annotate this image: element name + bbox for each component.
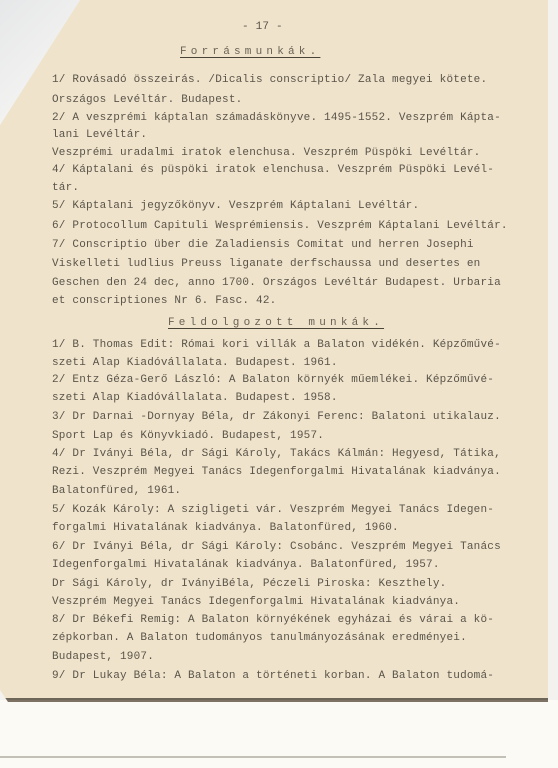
text-line: Geschen den 24 dec, anno 1700. Országos …: [52, 276, 501, 290]
text-line: Budapest, 1907.: [52, 650, 154, 664]
text-line: Balatonfüred, 1961.: [52, 484, 181, 498]
section-heading-sources: Forrásmunkák.: [180, 45, 320, 59]
text-line: Országos Levéltár. Budapest.: [52, 93, 242, 107]
text-line: 5/ Kozák Károly: A szigligeti vár. Veszp…: [52, 503, 494, 517]
text-line: 9/ Dr Lukay Béla: A Balaton a történeti …: [52, 669, 494, 683]
sheet-edge-shadow: [0, 756, 506, 758]
text-line: 2/ A veszprémi káptalan számadáskönyve. …: [52, 111, 501, 125]
text-line: 8/ Dr Békefi Remig: A Balaton környékéne…: [52, 613, 494, 627]
text-line: et conscriptiones Nr 6. Fasc. 42.: [52, 294, 276, 308]
text-line: zépkorban. A Balaton tudományos tanulmán…: [52, 631, 467, 645]
typewritten-page: - 17 - Forrásmunkák. 1/ Rovásadó összeir…: [0, 0, 548, 702]
text-line: szeti Alap Kiadóvállalata. Budapest. 195…: [52, 391, 338, 405]
text-line: 6/ Dr Iványi Béla, dr Sági Károly: Csobá…: [52, 540, 501, 554]
text-line: 1/ Rovásadó összeirás. /Dicalis conscrip…: [52, 73, 487, 87]
page-number: - 17 -: [242, 20, 283, 34]
text-line: Viskelleti ludlius Preuss liganate derfs…: [52, 257, 480, 271]
text-line: Veszprém Megyei Tanács Idegenforgalmi Hi…: [52, 595, 460, 609]
text-line: lani Levéltár.: [52, 128, 147, 142]
section-heading-processed-works: Feldolgozott munkák.: [168, 316, 384, 330]
text-line: tár.: [52, 181, 79, 195]
backdrop-sheet: [0, 700, 558, 768]
text-line: Dr Sági Károly, dr IványiBéla, Péczeli P…: [52, 577, 446, 591]
text-line: forgalmi Hivatalának kiadványa. Balatonf…: [52, 521, 399, 535]
text-line: 7/ Conscriptio über die Zaladiensis Comi…: [52, 238, 474, 252]
text-line: 6/ Protocollum Capituli Wesprémiensis. V…: [52, 219, 508, 233]
text-line: 4/ Dr Iványi Béla, dr Sági Károly, Takác…: [52, 447, 501, 461]
text-line: Rezi. Veszprém Megyei Tanács Idegenforga…: [52, 465, 501, 479]
text-line: Sport Lap és Könyvkiadó. Budapest, 1957.: [52, 429, 324, 443]
text-line: 3/ Dr Darnai -Dornyay Béla, dr Zákonyi F…: [52, 410, 501, 424]
text-line: 2/ Entz Géza-Gerő László: A Balaton körn…: [52, 373, 494, 387]
text-line: Idegenforgalmi Hivatalának kiadványa. Ba…: [52, 558, 440, 572]
text-line: Veszprémi uradalmi iratok elenchusa. Ves…: [52, 146, 480, 160]
text-line: 5/ Káptalani jegyzőkönyv. Veszprém Kápta…: [52, 199, 419, 213]
text-line: 4/ Káptalani és püspöki iratok elenchusa…: [52, 163, 494, 177]
text-line: 1/ B. Thomas Edit: Római kori villák a B…: [52, 338, 501, 352]
text-line: szeti Alap Kiadóvállalata. Budapest. 196…: [52, 356, 338, 370]
